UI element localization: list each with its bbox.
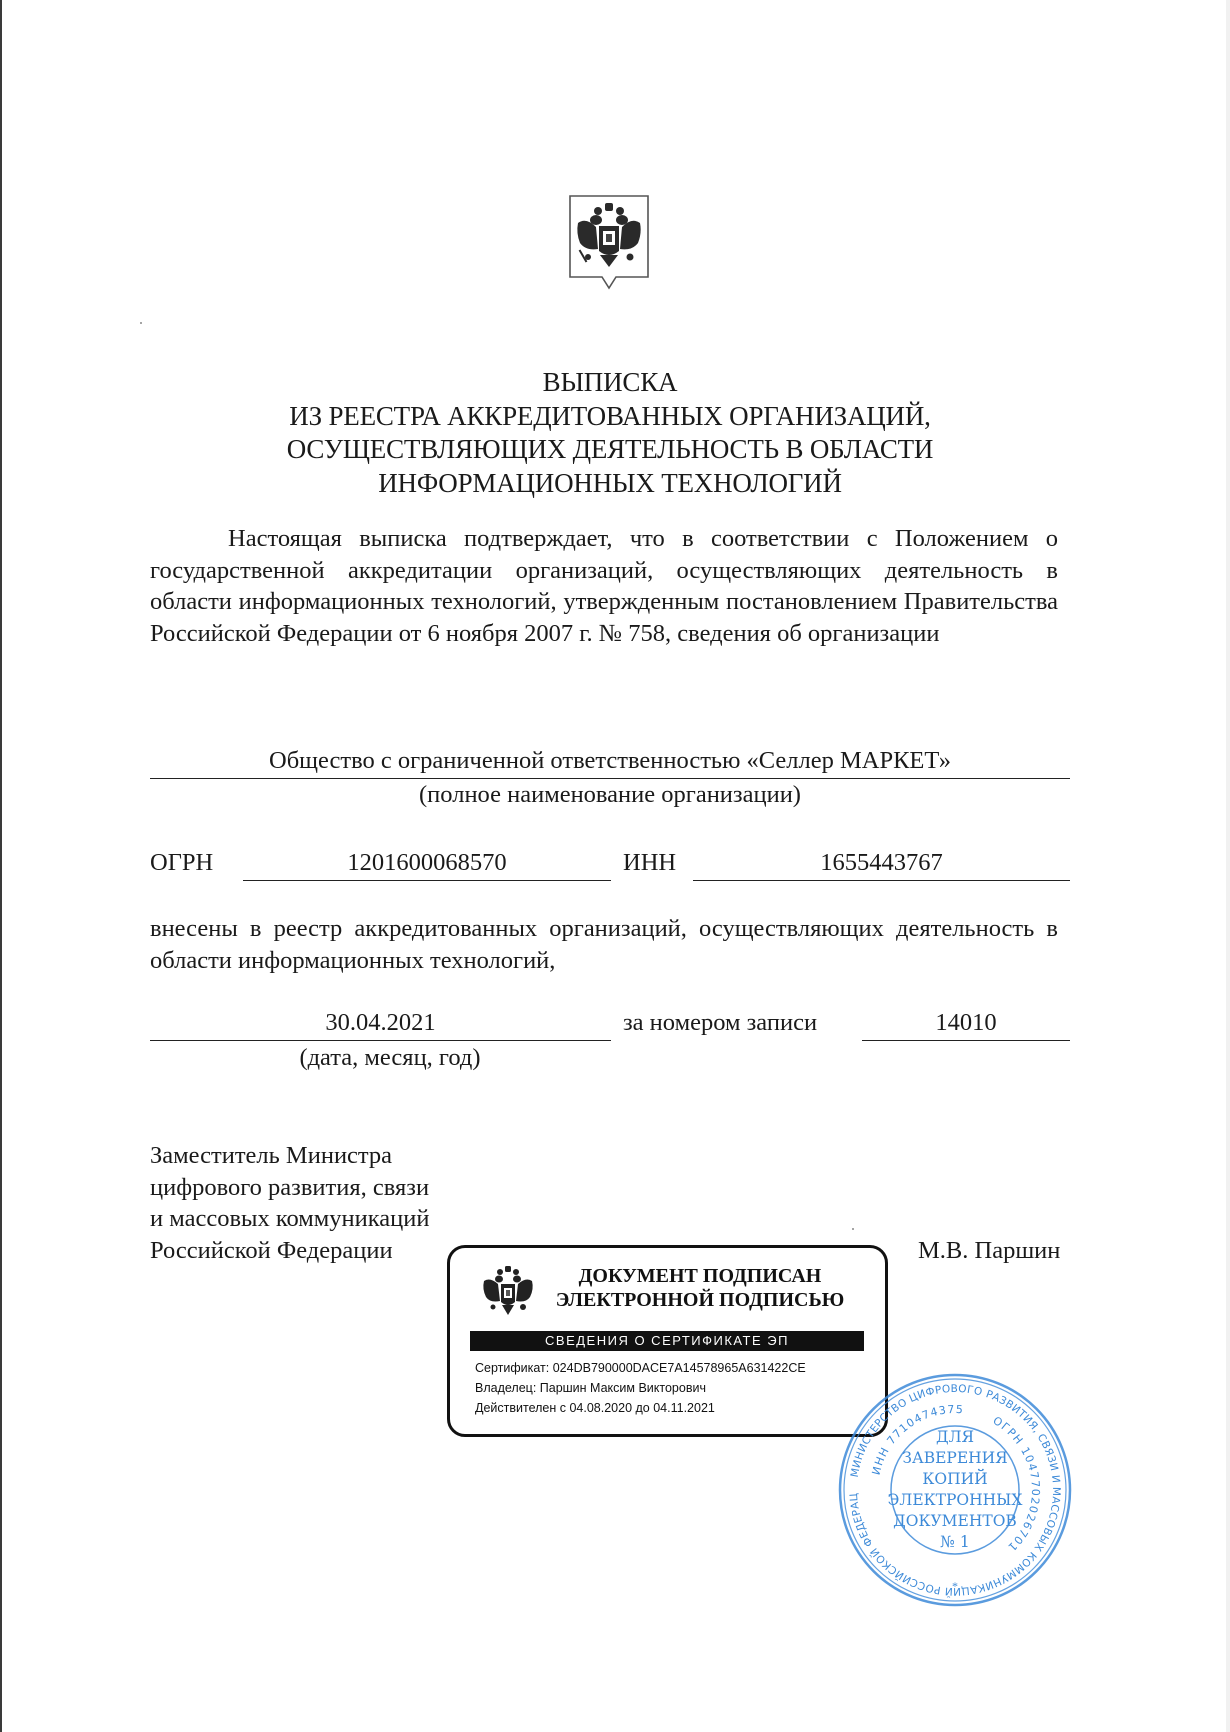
registration-row: 30.04.2021 за номером записи 14010 <box>150 1008 1070 1042</box>
certificate-number: Сертификат: 024DB790000DACE7A14578965A63… <box>475 1358 806 1378</box>
ogrn-label: ОГРН <box>150 848 213 878</box>
position-line: Российской Федерации <box>150 1235 430 1267</box>
certificate-owner: Владелец: Паршин Максим Викторович <box>475 1378 806 1398</box>
russian-coat-of-arms-icon <box>566 193 652 293</box>
stamp-line: КОПИЙ <box>837 1469 1073 1490</box>
certificate-details: Сертификат: 024DB790000DACE7A14578965A63… <box>475 1358 806 1418</box>
inn-value: 1655443767 <box>693 848 1070 881</box>
document-title: ВЫПИСКА ИЗ РЕЕСТРА АККРЕДИТОВАННЫХ ОРГАН… <box>150 366 1070 500</box>
title-line: ИЗ РЕЕСТРА АККРЕДИТОВАННЫХ ОРГАНИЗАЦИЙ, <box>150 400 1070 434</box>
stamp-line: ЗАВЕРЕНИЯ <box>837 1448 1073 1469</box>
ogrn-value: 1201600068570 <box>243 848 611 881</box>
esig-title-line: ЭЛЕКТРОННОЙ ПОДПИСЬЮ <box>530 1288 870 1312</box>
title-line: ОСУЩЕСТВЛЯЮЩИХ ДЕЯТЕЛЬНОСТЬ В ОБЛАСТИ <box>150 433 1070 467</box>
electronic-signature-box: ДОКУМЕНТ ПОДПИСАН ЭЛЕКТРОННОЙ ПОДПИСЬЮ С… <box>447 1245 888 1437</box>
esig-title: ДОКУМЕНТ ПОДПИСАН ЭЛЕКТРОННОЙ ПОДПИСЬЮ <box>530 1264 870 1312</box>
signatory-position: Заместитель Министра цифрового развития,… <box>150 1140 430 1266</box>
stamp-line: ДОКУМЕНТОВ <box>837 1511 1073 1532</box>
russian-coat-of-arms-icon <box>480 1265 536 1319</box>
record-number-label: за номером записи <box>623 1008 817 1038</box>
record-number-value: 14010 <box>862 1008 1070 1041</box>
official-stamp: МИНИСТЕРСТВО ЦИФРОВОГО РАЗВИТИЯ, СВЯЗИ И… <box>837 1372 1073 1608</box>
esig-title-line: ДОКУМЕНТ ПОДПИСАН <box>530 1264 870 1288</box>
stamp-line: № 1 <box>837 1532 1073 1553</box>
stamp-line: ДЛЯ <box>837 1427 1073 1448</box>
title-line: ИНФОРМАЦИОННЫХ ТЕХНОЛОГИЙ <box>150 467 1070 501</box>
position-line: цифрового развития, связи <box>150 1172 430 1204</box>
organization-name-caption: (полное наименование организации) <box>150 780 1070 810</box>
title-line: ВЫПИСКА <box>150 366 1070 400</box>
scan-right-edge <box>1226 0 1230 1732</box>
stamp-center-text: ДЛЯ ЗАВЕРЕНИЯ КОПИЙ ЭЛЕКТРОННЫХ ДОКУМЕНТ… <box>837 1427 1073 1553</box>
inn-label: ИНН <box>623 848 676 878</box>
organization-name-field: Общество с ограниченной ответственностью… <box>150 746 1070 779</box>
stamp-star: * <box>952 1579 958 1593</box>
certificate-info-bar: СВЕДЕНИЯ О СЕРТИФИКАТЕ ЭП <box>470 1331 864 1351</box>
signatory-name: М.В. Паршин <box>918 1235 1060 1267</box>
stamp-line: ЭЛЕКТРОННЫХ <box>837 1490 1073 1511</box>
registration-date: 30.04.2021 <box>150 1008 611 1041</box>
scan-speck <box>140 322 142 324</box>
certificate-validity: Действителен с 04.08.2020 до 04.11.2021 <box>475 1398 806 1418</box>
registration-date-caption: (дата, месяц, год) <box>270 1043 510 1073</box>
scan-left-edge <box>0 0 2 1732</box>
position-line: и массовых коммуникаций <box>150 1203 430 1235</box>
scan-speck <box>852 1228 854 1230</box>
position-line: Заместитель Министра <box>150 1140 430 1172</box>
organization-name: Общество с ограниченной ответственностью… <box>269 747 951 774</box>
registry-paragraph: внесены в реестр аккредитованных организ… <box>150 913 1058 977</box>
intro-paragraph: Настоящая выписка подтверждает, что в со… <box>150 523 1058 649</box>
ids-row: ОГРН 1201600068570 ИНН 1655443767 <box>150 848 1070 882</box>
